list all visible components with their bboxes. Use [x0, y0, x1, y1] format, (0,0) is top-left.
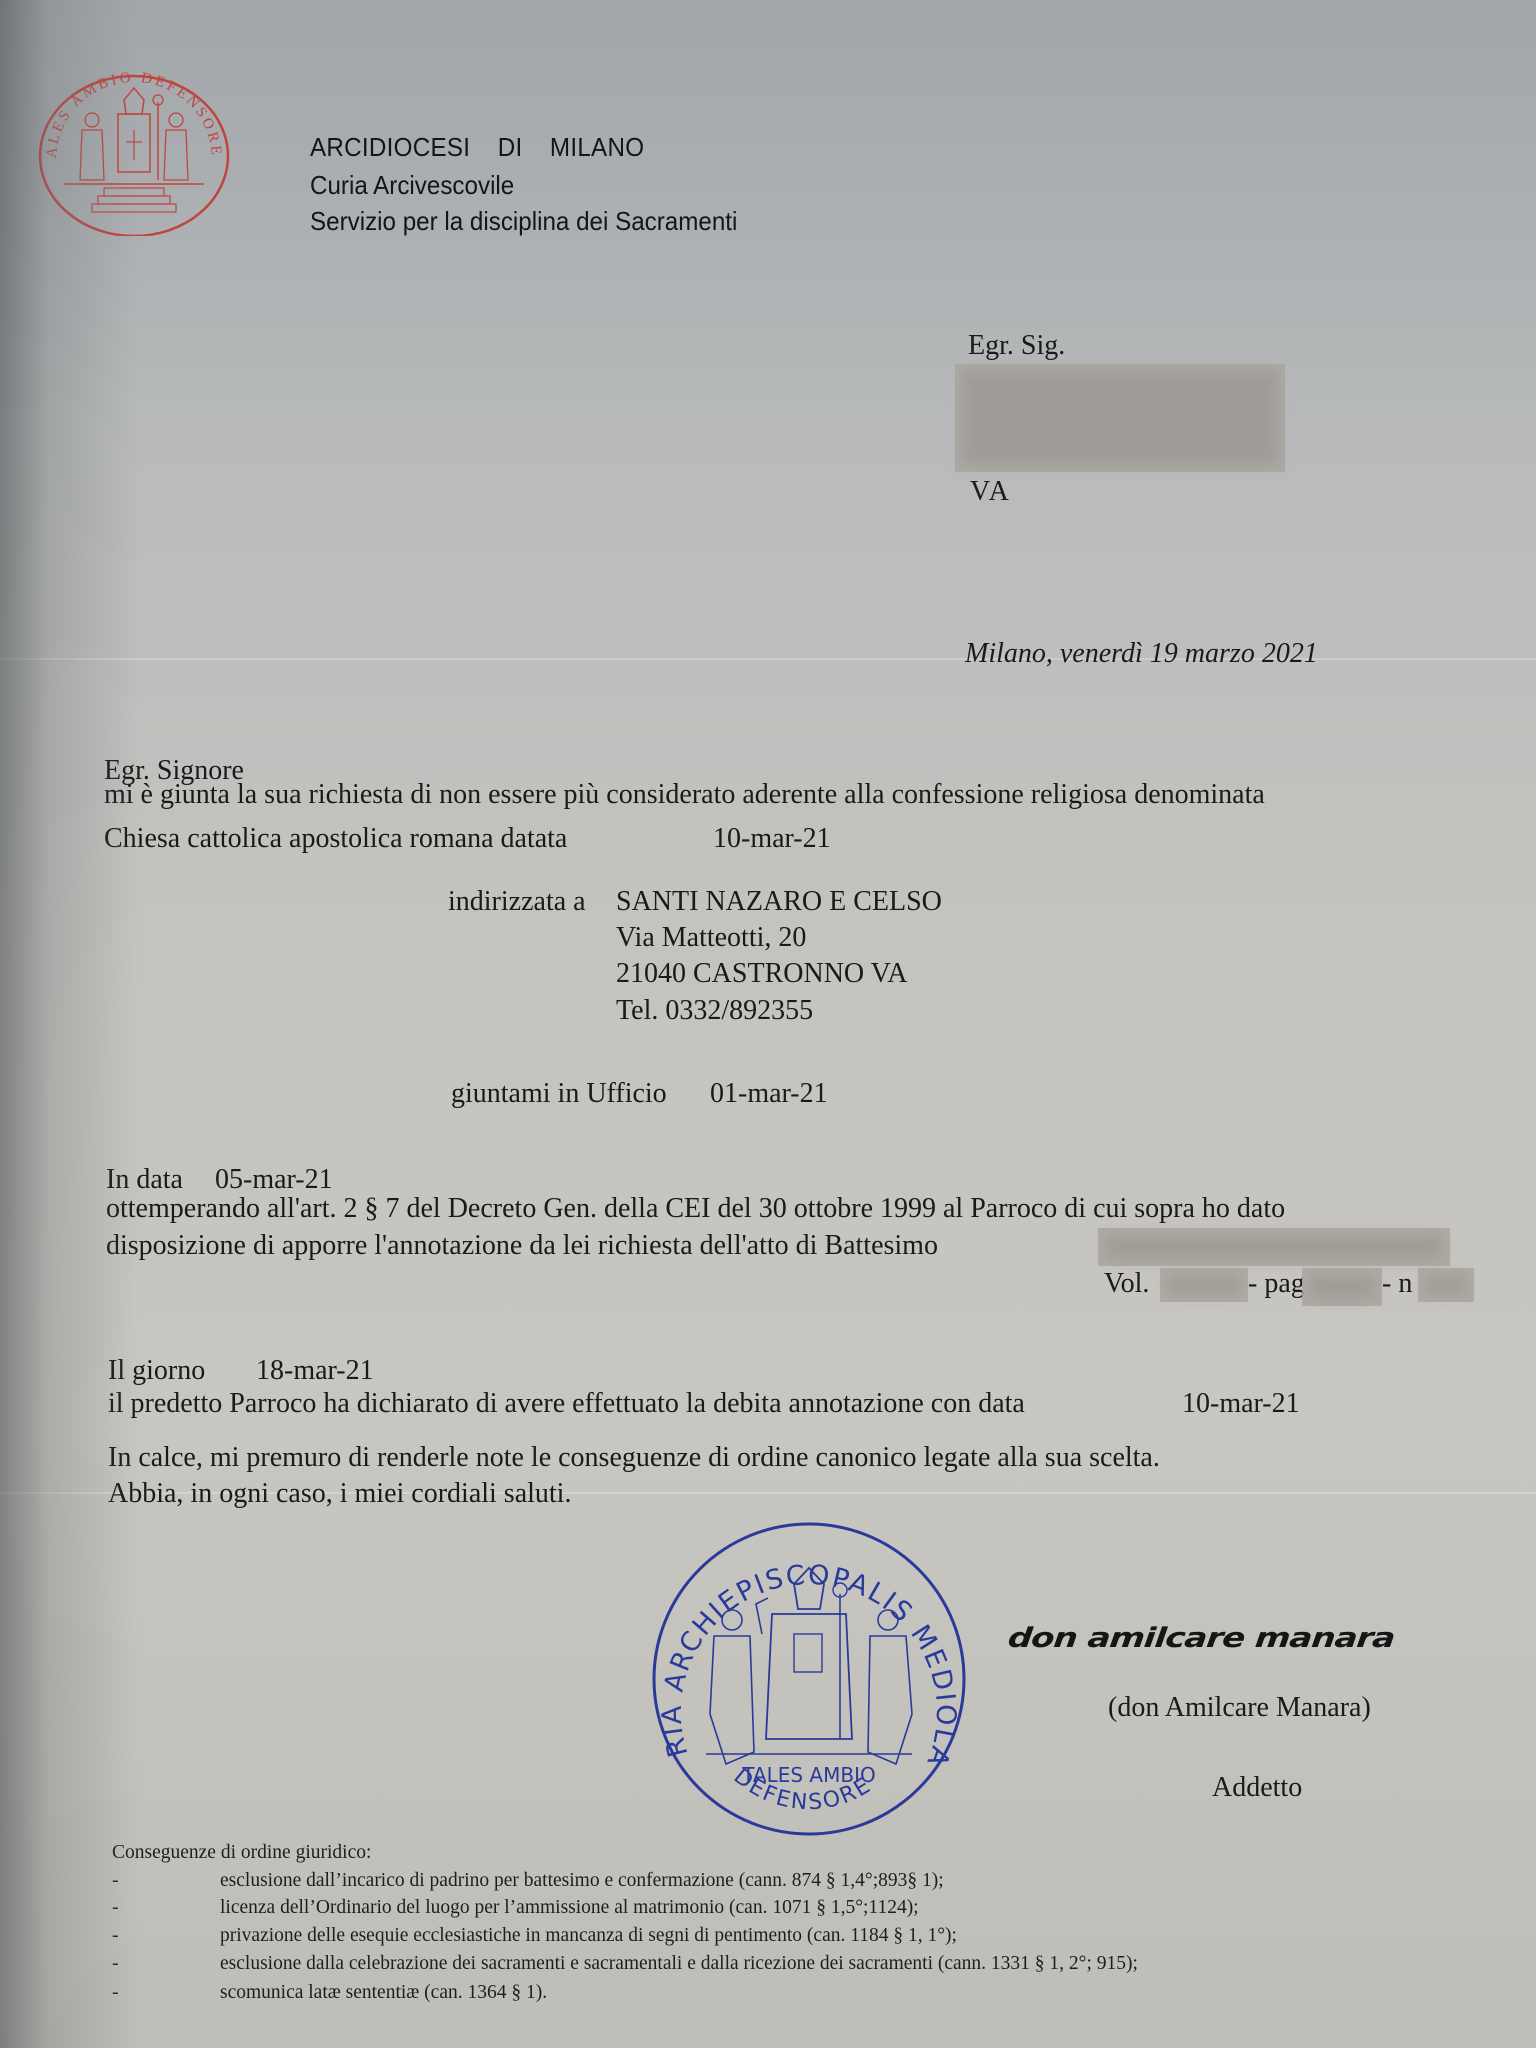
- received-label: giuntami in Ufficio: [451, 1078, 667, 1110]
- baptism-number-redacted: [1418, 1268, 1474, 1302]
- bullet-dash: -: [112, 1870, 220, 1892]
- consequence-text: privazione delle esequie ecclesiastiche …: [220, 1925, 957, 1946]
- annotation-date: 10-mar-21: [1182, 1388, 1300, 1420]
- baptism-page-label: - pag: [1248, 1268, 1305, 1300]
- letter-date: Milano, venerdì 19 marzo 2021: [965, 638, 1318, 670]
- baptism-record-redacted: [1098, 1228, 1450, 1266]
- letterhead-title: ARCIDIOCESI DI MILANO: [310, 132, 644, 163]
- body-paragraph-1-line-2: Chiesa cattolica apostolica romana datat…: [104, 823, 567, 855]
- closing-line-2: Abbia, in ogni caso, i miei cordiali sal…: [108, 1478, 571, 1510]
- body-paragraph-2-line-1: ottemperando all'art. 2 § 7 del Decreto …: [106, 1193, 1285, 1225]
- consequence-text: esclusione dall’incarico di padrino per …: [220, 1870, 944, 1891]
- request-date: 10-mar-21: [713, 823, 831, 855]
- closing-line-1: In calce, mi premuro di renderle note le…: [108, 1442, 1160, 1474]
- consequence-item: -scomunica latæ sententiæ (can. 1364 § 1…: [112, 1982, 547, 2004]
- archdiocese-seal-logo: TALES AMBIO DEFENSORES: [34, 70, 234, 236]
- signatory-role: Addetto: [1212, 1772, 1302, 1804]
- letterhead-subtitle: Curia Arcivescovile: [310, 170, 514, 201]
- baptism-volume-label: Vol.: [1104, 1268, 1149, 1300]
- parish-city: 21040 CASTRONNO VA: [616, 958, 907, 990]
- paragraph-3-label: Il giorno: [108, 1355, 205, 1387]
- bullet-dash: -: [112, 1953, 220, 1975]
- paragraph-3-date: 18-mar-21: [256, 1355, 374, 1387]
- body-paragraph-2-line-2: disposizione di apporre l'annotazione da…: [106, 1230, 938, 1262]
- baptism-page-redacted: [1302, 1268, 1382, 1306]
- signatory-name: (don Amilcare Manara): [1108, 1692, 1371, 1724]
- recipient-address-redacted: [955, 364, 1285, 472]
- consequence-text: scomunica latæ sententiæ (can. 1364 § 1)…: [220, 1982, 547, 2003]
- paragraph-2-date: 05-mar-21: [215, 1164, 333, 1196]
- consequences-title: Conseguenze di ordine giuridico:: [112, 1842, 371, 1864]
- bullet-dash: -: [112, 1897, 220, 1919]
- letterhead-department: Servizio per la disciplina dei Sacrament…: [310, 206, 737, 237]
- consequence-item: -privazione delle esequie ecclesiastiche…: [112, 1925, 957, 1947]
- parish-street: Via Matteotti, 20: [616, 922, 806, 954]
- consequence-item: -licenza dell’Ordinario del luogo per l’…: [112, 1897, 919, 1919]
- paragraph-2-label: In data: [106, 1164, 183, 1196]
- recipient-province: VA: [970, 476, 1011, 508]
- consequence-item: -esclusione dalla celebrazione dei sacra…: [112, 1953, 1138, 1975]
- bullet-dash: -: [112, 1925, 220, 1947]
- parish-phone: Tel. 0332/892355: [616, 995, 813, 1027]
- parish-name: SANTI NAZARO E CELSO: [616, 886, 942, 918]
- addressed-label: indirizzata a: [448, 886, 586, 918]
- received-date: 01-mar-21: [710, 1078, 828, 1110]
- svg-text:CURIA ARCHIEPISCOPALIS MEDIOLA: CURIA ARCHIEPISCOPALIS MEDIOLANI: [644, 1514, 961, 1772]
- consequence-item: -esclusione dall’incarico di padrino per…: [112, 1870, 944, 1892]
- bullet-dash: -: [112, 1982, 220, 2004]
- handwritten-signature: don amilcare manara: [1006, 1622, 1396, 1654]
- recipient-salutation: Egr. Sig.: [968, 330, 1065, 362]
- letter-page: TALES AMBIO DEFENSORES ARCIDIOCESI DI MI…: [0, 0, 1536, 2048]
- baptism-number-label: - n: [1382, 1268, 1412, 1300]
- consequence-text: licenza dell’Ordinario del luogo per l’a…: [220, 1897, 919, 1918]
- curia-stamp: CURIA ARCHIEPISCOPALIS MEDIOLANI TALES A…: [644, 1514, 974, 1844]
- body-paragraph-1-line-1: mi è giunta la sua richiesta di non esse…: [104, 779, 1265, 811]
- lighting-shade-left: [0, 0, 140, 2048]
- consequence-text: esclusione dalla celebrazione dei sacram…: [220, 1953, 1138, 1974]
- body-paragraph-3: il predetto Parroco ha dichiarato di ave…: [108, 1388, 1025, 1420]
- baptism-volume-redacted: [1160, 1268, 1248, 1302]
